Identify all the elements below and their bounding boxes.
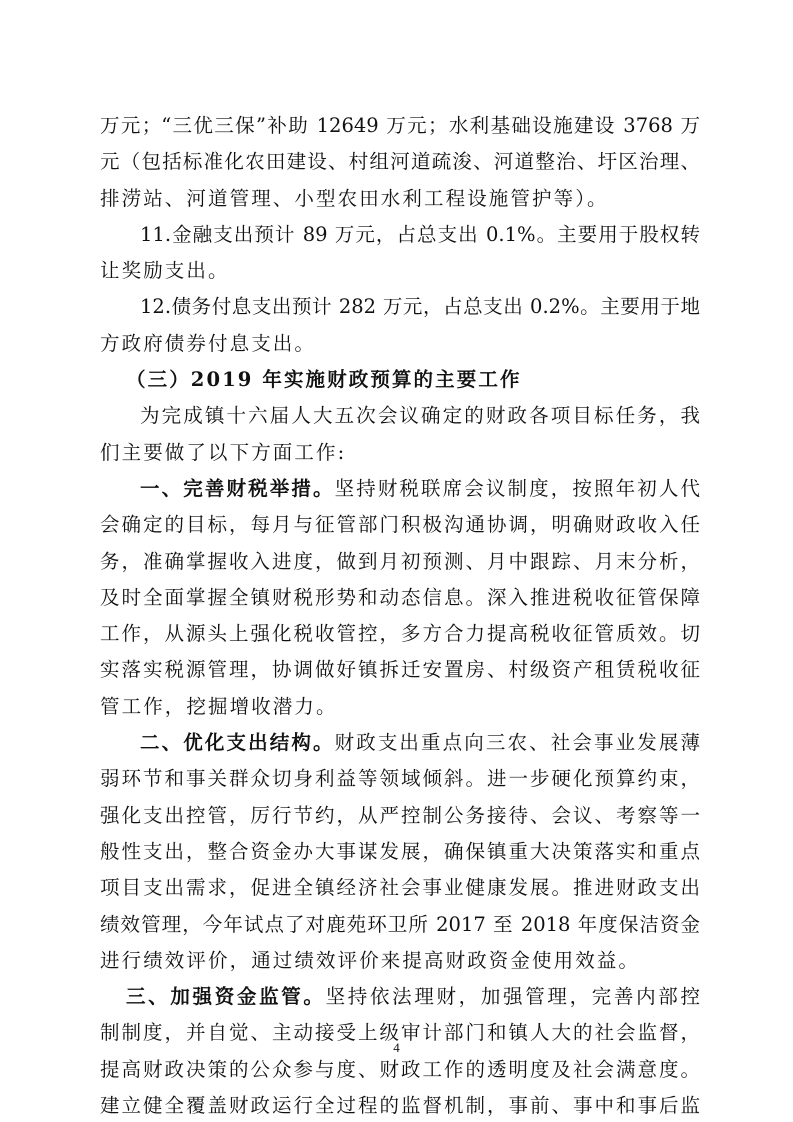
paragraph-line: 务，准确掌握收入进度，做到月初预测、月中跟踪、月末分析，	[100, 544, 700, 580]
paragraph-line: 工作，从源头上强化税收管控，多方合力提高税收征管质效。切	[100, 616, 700, 652]
paragraph-line: 会确定的目标，每月与征管部门积极沟通协调，明确财政收入任	[100, 507, 700, 543]
paragraph-line: 弱环节和事关群众切身利益等领域倾斜。进一步硬化预算约束，	[100, 761, 700, 797]
paragraph-line: 进行绩效评价，通过绩效评价来提高财政资金使用效益。	[100, 943, 700, 979]
paragraph-line: 让奖励支出。	[100, 253, 700, 289]
paragraph-line: 12.债务付息支出预计 282 万元，占总支出 0.2%。主要用于地	[100, 289, 700, 325]
paragraph-line: 排涝站、河道管理、小型农田水利工程设施管护等）。	[100, 181, 700, 217]
item-title: 一、完善财税举措。	[140, 477, 335, 500]
paragraph-line: 项目支出需求，促进全镇经济社会事业健康发展。推进财政支出	[100, 870, 700, 906]
paragraph-line: 管工作，挖掘增收潜力。	[100, 689, 700, 725]
paragraph-line: 们主要做了以下方面工作:	[100, 435, 700, 471]
item-text: 财政支出重点向三农、社会事业发展薄	[335, 731, 700, 754]
item-first-line: 一、完善财税举措。坚持财税联席会议制度，按照年初人代	[100, 471, 700, 507]
document-page: 万元；“三优三保”补助 12649 万元；水利基础设施建设 3768 万 元（包…	[100, 108, 700, 1122]
paragraph-line: 提高财政决策的公众参与度、财政工作的透明度及社会满意度。	[100, 1052, 700, 1088]
paragraph-line: 实落实税源管理，协调做好镇拆迁安置房、村级资产租赁税收征	[100, 652, 700, 688]
item-text: 坚持财税联席会议制度，按照年初人代	[335, 477, 700, 500]
section-heading: （三）2019 年实施财政预算的主要工作	[100, 362, 700, 398]
item-first-line: 二、优化支出结构。财政支出重点向三农、社会事业发展薄	[100, 725, 700, 761]
paragraph-line: 万元；“三优三保”补助 12649 万元；水利基础设施建设 3768 万	[100, 108, 700, 144]
paragraph-line: 强化支出控管，厉行节约，从严控制公务接待、会议、考察等一	[100, 798, 700, 834]
paragraph-line: 般性支出，整合资金办大事谋发展，确保镇重大决策落实和重点	[100, 834, 700, 870]
item-text: 坚持依法理财，加强管理，完善内部控	[326, 985, 700, 1008]
paragraph-line: 绩效管理，今年试点了对鹿苑环卫所 2017 至 2018 年度保洁资金	[100, 907, 700, 943]
paragraph-line: 建立健全覆盖财政运行全过程的监督机制，事前、事中和事后监	[100, 1088, 700, 1122]
paragraph-line: 为完成镇十六届人大五次会议确定的财政各项目标任务，我	[100, 398, 700, 434]
paragraph-line: 方政府债券付息支出。	[100, 326, 700, 362]
paragraph-line: 及时全面掌握全镇财税形势和动态信息。深入推进税收征管保障	[100, 580, 700, 616]
item-title: 二、优化支出结构。	[140, 731, 335, 754]
paragraph-line: 元（包括标准化农田建设、村组河道疏浚、河道整治、圩区治理、	[100, 144, 700, 180]
paragraph-line: 11.金融支出预计 89 万元，占总支出 0.1%。主要用于股权转	[100, 217, 700, 253]
item-first-line: 三、加强资金监管。坚持依法理财，加强管理，完善内部控	[100, 979, 700, 1015]
item-title: 三、加强资金监管。	[126, 985, 326, 1008]
page-number: 4	[0, 1040, 793, 1056]
